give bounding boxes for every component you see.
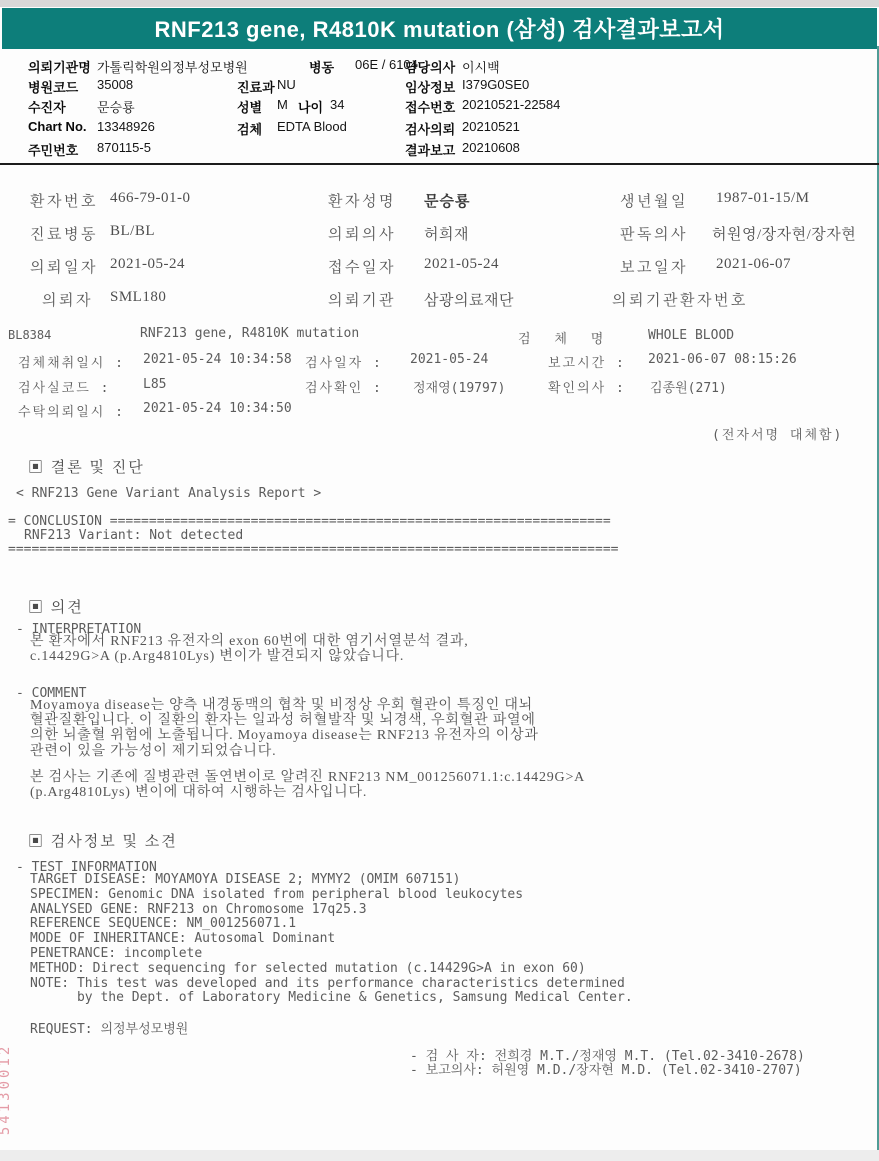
field-label: 담당의사 bbox=[405, 57, 455, 76]
patient-name: 문승룡 bbox=[424, 190, 470, 211]
test-order-block: BL8384 RNF213 gene, R4810K mutation 검 체 … bbox=[0, 326, 879, 451]
admin-info-block: 의뢰기관명 가톨릭학원의정부성모병원 병동 06E / 6104 담당의사 이시… bbox=[0, 57, 879, 162]
field-value: 2021-05-24 bbox=[424, 256, 499, 273]
admin-row-chart-no: Chart No. 13348926 검체 EDTA Blood 검사의뢰 20… bbox=[0, 119, 879, 137]
field-label: 진료병동 bbox=[30, 223, 98, 244]
section-heading: ▣ 결론 및 진단 bbox=[28, 456, 145, 477]
field-label: 판독의사 bbox=[620, 223, 688, 244]
field-value: 870115-5 bbox=[97, 140, 151, 155]
field-label: 수탁의뢰일시 : bbox=[18, 401, 125, 420]
field-label: 검사실코드 : bbox=[18, 377, 110, 396]
admin-row-patient: 수진자 문승룡 성별 M 나이 34 접수번호 20210521-22584 bbox=[0, 97, 879, 115]
field-value: 1987-01-15/M bbox=[716, 190, 810, 207]
field-value: 정재영(19797) bbox=[413, 377, 505, 396]
staff-signature-lines: - 검 사 자: 전희경 M.T./정재영 M.T. (Tel.02-3410-… bbox=[410, 1050, 805, 1078]
field-label: 환자성명 bbox=[328, 190, 396, 211]
left-edge-vertical-id-text: F 54130012 bbox=[0, 978, 13, 1158]
field-value: 2021-06-07 08:15:26 bbox=[648, 352, 797, 367]
field-label: 검체 bbox=[237, 119, 262, 138]
field-label: 접수일자 bbox=[328, 256, 396, 277]
field-value: 2021-05-24 bbox=[110, 256, 185, 273]
section-heading: ▣ 의견 bbox=[28, 596, 84, 617]
field-value: SML180 bbox=[110, 289, 166, 306]
field-label: 생년월일 bbox=[620, 190, 688, 211]
field-label: 주민번호 bbox=[28, 140, 78, 159]
field-label: 결과보고 bbox=[405, 140, 455, 159]
field-label: 병원코드 bbox=[28, 77, 78, 96]
comment-body-2: 본 검사는 기존에 질병관련 돌연변이로 알려진 RNF213 NM_00125… bbox=[30, 770, 710, 800]
field-label: 보고시간 : bbox=[548, 352, 626, 371]
field-label: 수진자 bbox=[28, 97, 66, 116]
page-title: RNF213 gene, R4810K mutation (삼성) 검사결과보고… bbox=[155, 13, 725, 44]
field-value: 삼광의료재단 bbox=[424, 289, 514, 310]
field-value: 2021-05-24 bbox=[410, 352, 488, 367]
field-value: M bbox=[277, 97, 288, 112]
section-divider-line bbox=[0, 163, 879, 165]
field-label: 나이 bbox=[298, 97, 323, 116]
field-value: 20210521 bbox=[462, 119, 520, 134]
field-label: 보고일자 bbox=[620, 256, 688, 277]
field-value: 20210608 bbox=[462, 140, 520, 155]
field-label: 병동 bbox=[309, 57, 334, 76]
patient-row: 환자번호 466-79-01-0 환자성명 문승룡 생년월일 1987-01-1… bbox=[0, 190, 879, 210]
specimen-value: WHOLE BLOOD bbox=[648, 328, 734, 343]
section-heading: ▣ 검사정보 및 소견 bbox=[28, 830, 178, 851]
field-label: 진료과 bbox=[237, 77, 275, 96]
opinion-section: ▣ 의견 - INTERPRETATION 본 환자에서 RNF213 유전자의… bbox=[0, 590, 879, 820]
field-value: I379G0SE0 bbox=[462, 77, 529, 92]
top-gray-strip bbox=[0, 0, 879, 7]
field-label: 임상정보 bbox=[405, 77, 455, 96]
field-label: 의뢰자 bbox=[42, 289, 93, 310]
admin-row-resident-no: 주민번호 870115-5 결과보고 20210608 bbox=[0, 140, 879, 158]
field-label: 성별 bbox=[237, 97, 262, 116]
patient-info-block: 환자번호 466-79-01-0 환자성명 문승룡 생년월일 1987-01-1… bbox=[0, 186, 879, 321]
field-label: 의뢰기관명 bbox=[28, 57, 91, 76]
specimen-label: 검 체 명 bbox=[518, 328, 611, 347]
patient-row: 의뢰일자 2021-05-24 접수일자 2021-05-24 보고일자 202… bbox=[0, 256, 879, 276]
test-name: RNF213 gene, R4810K mutation bbox=[140, 326, 359, 341]
field-value: 2021-05-24 10:34:58 bbox=[143, 352, 292, 367]
field-label: 의뢰의사 bbox=[328, 223, 396, 244]
report-title-banner: RNF213 gene, R4810K mutation (삼성) 검사결과보고… bbox=[2, 8, 877, 49]
admin-row-institution: 의뢰기관명 가톨릭학원의정부성모병원 병동 06E / 6104 담당의사 이시… bbox=[0, 57, 879, 75]
field-value: 문승룡 bbox=[97, 97, 135, 116]
conclusion-close-rule: ========================================… bbox=[8, 542, 618, 557]
field-value: EDTA Blood bbox=[277, 119, 347, 134]
patient-row: 진료병동 BL/BL 의뢰의사 허희재 판독의사 허원영/장자현/장자현 bbox=[0, 223, 879, 243]
field-label: Chart No. bbox=[28, 119, 87, 134]
patient-row: 의뢰자 SML180 의뢰기관 삼광의료재단 의뢰기관환자번호 bbox=[0, 289, 879, 309]
comment-body-1: Moyamoya disease는 양측 내경동맥의 협착 및 비정상 우회 혈… bbox=[30, 698, 710, 759]
field-value: BL/BL bbox=[110, 223, 155, 240]
test-information-body: TARGET DISEASE: MOYAMOYA DISEASE 2; MYMY… bbox=[30, 873, 633, 1006]
field-value: 허희재 bbox=[424, 223, 469, 244]
field-value: 34 bbox=[330, 97, 344, 112]
interpretation-body: 본 환자에서 RNF213 유전자의 exon 60번에 대한 염기서열분석 결… bbox=[30, 634, 650, 664]
conclusion-section: ▣ 결론 및 진단 < RNF213 Gene Variant Analysis… bbox=[0, 452, 879, 572]
field-label: 의뢰기관환자번호 bbox=[612, 289, 748, 310]
test-information-section: ▣ 검사정보 및 소견 - TEST INFORMATION TARGET DI… bbox=[0, 824, 879, 1084]
field-label: 환자번호 bbox=[30, 190, 98, 211]
field-label: 검사의뢰 bbox=[405, 119, 455, 138]
field-value: 김종원(271) bbox=[650, 377, 727, 396]
field-label: 검체채취일시 : bbox=[18, 352, 125, 371]
test-code: BL8384 bbox=[8, 328, 51, 342]
field-value: 20210521-22584 bbox=[462, 97, 560, 112]
field-value: 466-79-01-0 bbox=[110, 190, 191, 207]
conclusion-result: RNF213 Variant: Not detected bbox=[24, 528, 243, 543]
e-signature-note: (전자서명 대체함) bbox=[712, 424, 843, 443]
field-value: 이시백 bbox=[462, 57, 500, 76]
field-value: 2021-06-07 bbox=[716, 256, 791, 273]
field-value: 35008 bbox=[97, 77, 133, 92]
request-line: REQUEST: 의정부성모병원 bbox=[30, 1018, 188, 1037]
conclusion-open-rule: = CONCLUSION ===========================… bbox=[8, 514, 611, 529]
field-value: 가톨릭학원의정부성모병원 bbox=[97, 57, 248, 76]
bottom-gray-strip bbox=[0, 1150, 879, 1161]
field-label: 검사일자 : bbox=[305, 352, 383, 371]
field-label: 확인의사 : bbox=[548, 377, 626, 396]
field-label: 의뢰기관 bbox=[328, 289, 396, 310]
field-value: L85 bbox=[143, 377, 166, 392]
admin-row-hospital-code: 병원코드 35008 진료과 NU 임상정보 I379G0SE0 bbox=[0, 77, 879, 95]
field-value: 2021-05-24 10:34:50 bbox=[143, 401, 292, 416]
report-title-line: < RNF213 Gene Variant Analysis Report > bbox=[16, 486, 321, 501]
field-value: 허원영/장자현/장자현 bbox=[712, 223, 856, 244]
field-label: 접수번호 bbox=[405, 97, 455, 116]
field-label: 의뢰일자 bbox=[30, 256, 98, 277]
field-value: 13348926 bbox=[97, 119, 155, 134]
field-value: NU bbox=[277, 77, 296, 92]
field-label: 검사확인 : bbox=[305, 377, 383, 396]
